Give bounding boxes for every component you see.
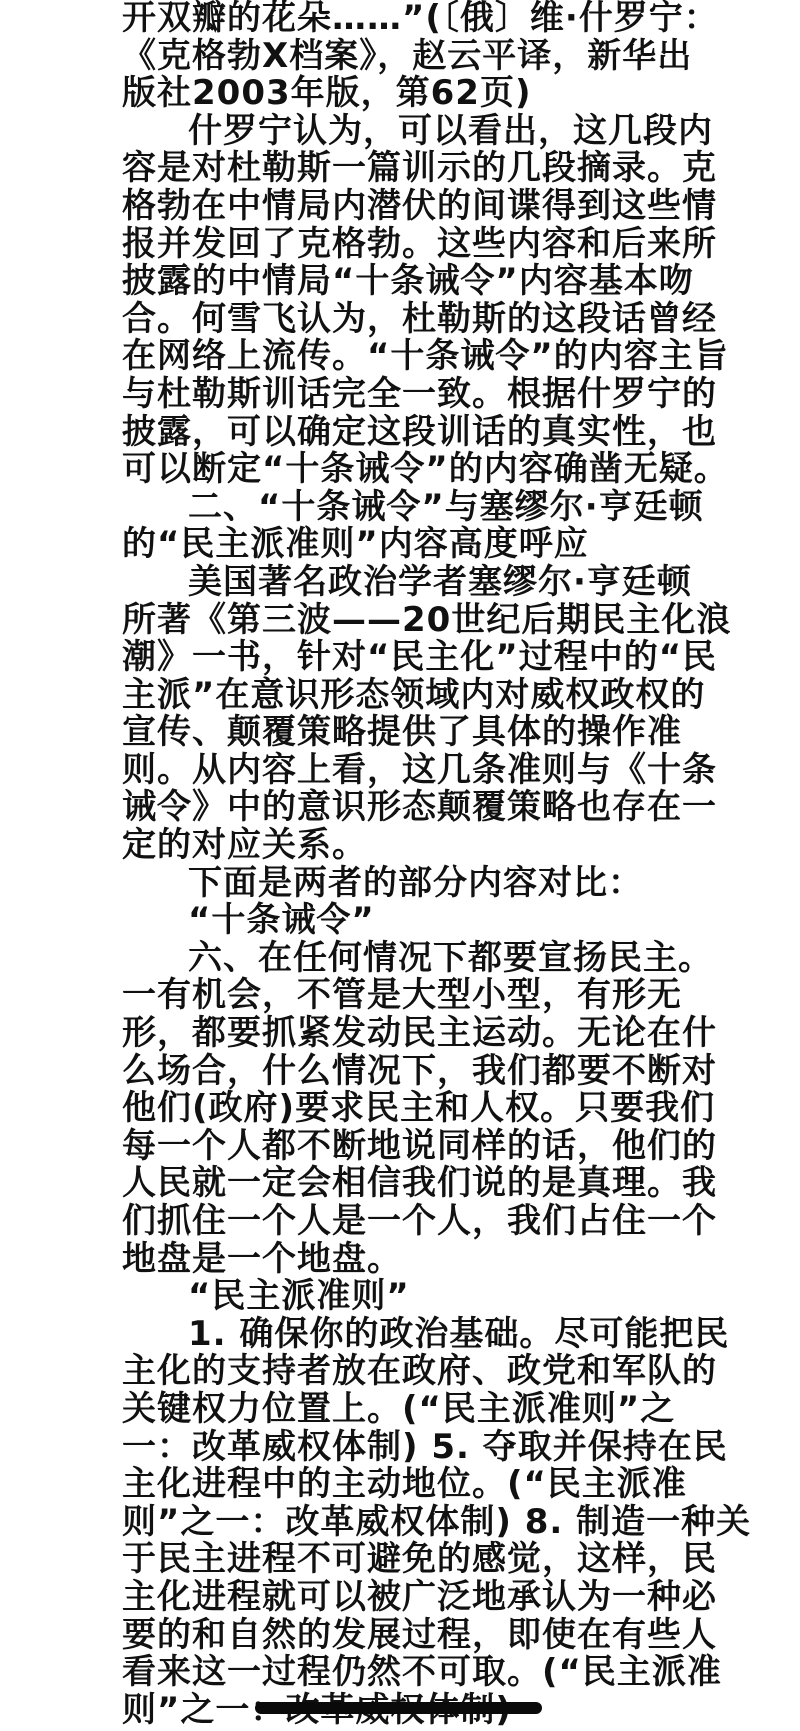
text-line: 版社2003年版，第62页) [122, 75, 682, 113]
text-line: 披露的中情局“十条诫令”内容基本吻 [122, 263, 682, 301]
text-line: 《克格勃X档案》，赵云平译，新华出 [122, 38, 682, 76]
text-line: 于民主进程不可避免的感觉，这样，民 [122, 1541, 682, 1579]
text-line: 们抓住一个人是一个人，我们占住一个 [122, 1203, 682, 1241]
text-line: 下面是两者的部分内容对比： [122, 865, 682, 903]
text-line: 宣传、颠覆策略提供了具体的操作准 [122, 714, 682, 752]
text-line: 形，都要抓紧发动民主运动。无论在什 [122, 1015, 682, 1053]
text-line: 披露，可以确定这段训话的真实性，也 [122, 414, 682, 452]
text-line: 1. 确保你的政治基础。尽可能把民 [122, 1316, 682, 1354]
text-line: 与杜勒斯训话完全一致。根据什罗宁的 [122, 376, 682, 414]
text-line: 关键权力位置上。(“民主派准则”之 [122, 1391, 682, 1429]
text-line: 人民就一定会相信我们说的是真理。我 [122, 1165, 682, 1203]
text-line: 什罗宁认为，可以看出，这几段内 [122, 113, 682, 151]
text-line: 地盘是一个地盘。 [122, 1241, 682, 1279]
text-line: 主派”在意识形态领域内对威权政权的 [122, 677, 682, 715]
text-line: “十条诫令” [122, 902, 682, 940]
text-line: 六、在任何情况下都要宣扬民主。 [122, 940, 682, 978]
text-line: “民主派准则” [122, 1278, 682, 1316]
text-line: 要的和自然的发展过程，即使在有些人 [122, 1617, 682, 1655]
text-line: 则”之一：改革威权体制) 8. 制造一种关 [122, 1504, 682, 1542]
text-line: 的“民主派准则”内容高度呼应 [122, 526, 682, 564]
text-line: 每一个人都不断地说同样的话，他们的 [122, 1128, 682, 1166]
text-line: 则。从内容上看，这几条准则与《十条 [122, 752, 682, 790]
text-line: 所著《第三波——20世纪后期民主化浪 [122, 602, 682, 640]
text-line: 主化进程就可以被广泛地承认为一种必 [122, 1579, 682, 1617]
text-line: 他们(政府)要求民主和人权。只要我们 [122, 1090, 682, 1128]
text-line: 格勃在中情局内潜伏的间谍得到这些情 [122, 188, 682, 226]
text-line: 诫令》中的意识形态颠覆策略也存在一 [122, 789, 682, 827]
text-line: 开双瓣的花朵……”(〔俄〕维·什罗宁： [122, 0, 682, 38]
text-line: 美国著名政治学者塞缪尔·亨廷顿 [122, 564, 682, 602]
text-line: 主化的支持者放在政府、政党和军队的 [122, 1353, 682, 1391]
text-line: 定的对应关系。 [122, 827, 682, 865]
text-line: 合。何雪飞认为，杜勒斯的这段话曾经 [122, 301, 682, 339]
text-line: 容是对杜勒斯一篇训示的几段摘录。克 [122, 150, 682, 188]
text-line: 在网络上流传。“十条诫令”的内容主旨 [122, 338, 682, 376]
text-line: 主化进程中的主动地位。(“民主派准 [122, 1466, 682, 1504]
text-line: 报并发回了克格勃。这些内容和后来所 [122, 226, 682, 264]
text-line: 么场合，什么情况下，我们都要不断对 [122, 1053, 682, 1091]
text-line: 潮》一书，针对“民主化”过程中的“民 [122, 639, 682, 677]
text-line: 看来这一过程仍然不可取。(“民主派准 [122, 1654, 682, 1692]
text-line: 一：改革威权体制) 5. 夺取并保持在民 [122, 1429, 682, 1467]
document-page: 开双瓣的花朵……”(〔俄〕维·什罗宁：《克格勃X档案》，赵云平译，新华出版社20… [122, 0, 682, 1729]
text-line: 一有机会，不管是大型小型，有形无 [122, 977, 682, 1015]
home-indicator-bar[interactable] [255, 1702, 542, 1714]
text-line: 二、“十条诫令”与塞缪尔·亨廷顿 [122, 489, 682, 527]
text-line: 可以断定“十条诫令”的内容确凿无疑。 [122, 451, 682, 489]
